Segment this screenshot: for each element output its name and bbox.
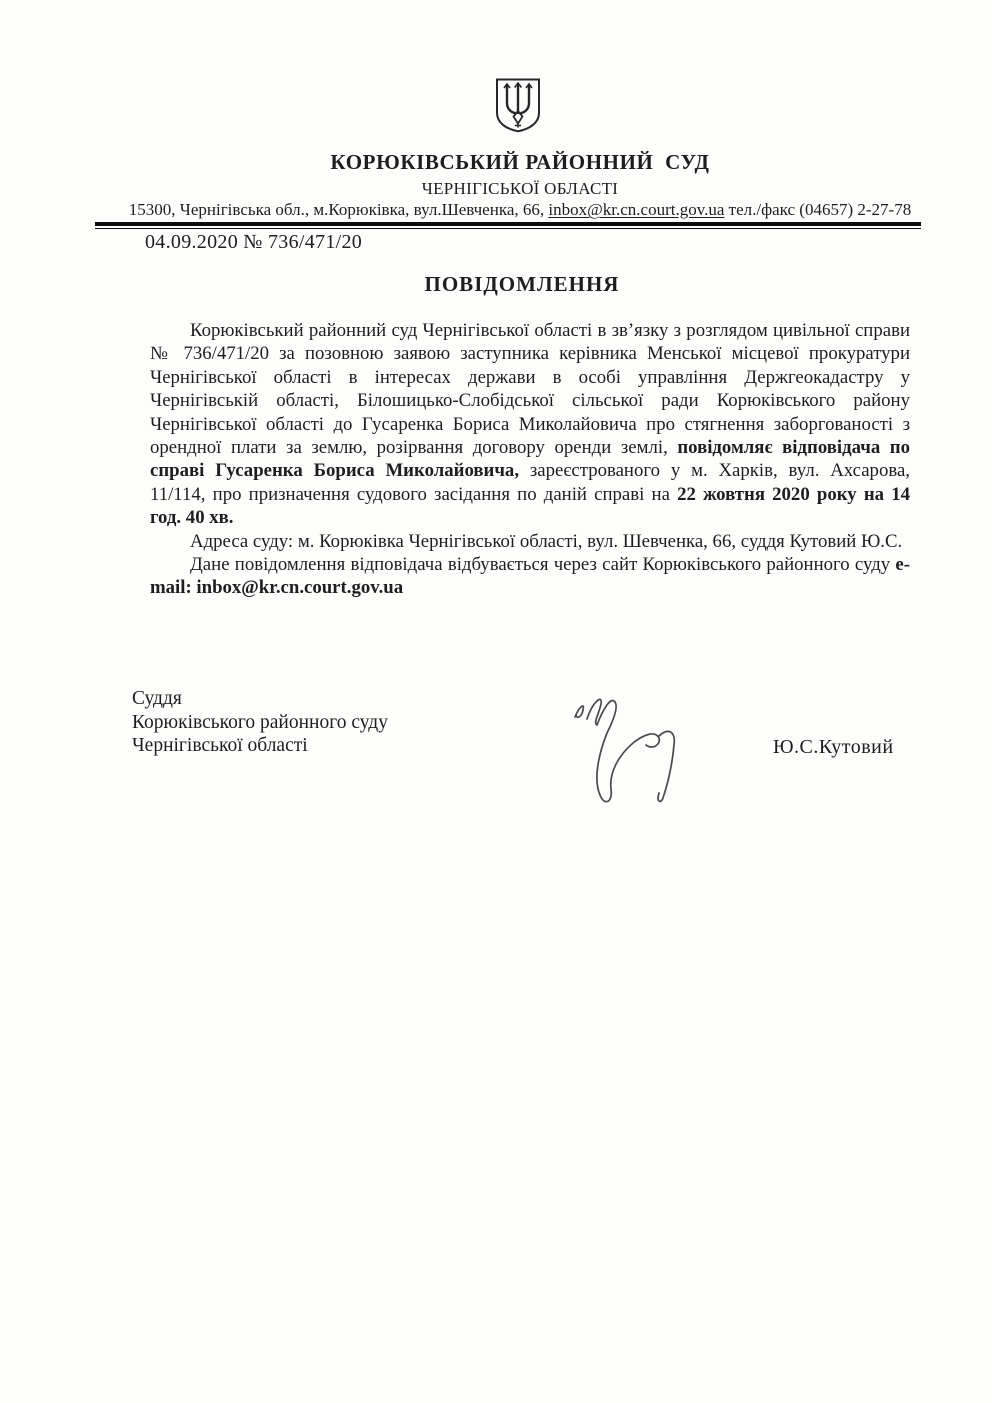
judge-name: Ю.С.Кутовий [773,736,894,759]
paragraph-court-address: Адреса суду: м. Корюківка Чернігівської … [150,530,910,553]
letterhead-divider [95,222,921,229]
court-region: ЧЕРНІГІСЬКОЇ ОБЛАСТІ [0,179,992,199]
paragraph-case-details: Корюківський районний суд Чернігівської … [150,319,910,530]
notice-site-text: Дане повідомлення відповідача відбуваєть… [190,554,895,575]
signature-block: Суддя Корюківського районного суду Черні… [132,687,388,758]
court-name: КОРЮКІВСЬКИЙ РАЙОННИЙ СУД [0,150,992,175]
ukraine-trident-emblem-icon [494,78,542,133]
handwritten-signature-icon [555,685,705,820]
date-and-case-number: 04.09.2020 № 736/471/20 [145,231,362,254]
court-email: inbox@kr.cn.court.gov.ua [548,200,724,219]
address-text: 15300, Чернігівська обл., м.Корюківка, в… [129,200,549,219]
paragraph-notice-via-site: Дане повідомлення відповідача відбуваєть… [150,553,910,600]
notice-body: Корюківський районний суд Чернігівської … [150,319,910,600]
address-phone: тел./факс (04657) 2-27-78 [724,200,911,219]
signer-role-line2: Корюківського районного суду [132,711,388,735]
scanned-court-notice: КОРЮКІВСЬКИЙ РАЙОННИЙ СУД ЧЕРНІГІСЬКОЇ О… [0,0,992,1403]
court-address-line: 15300, Чернігівська обл., м.Корюківка, в… [0,200,992,220]
document-title: ПОВІДОМЛЕННЯ [0,272,992,297]
signer-role-line3: Чернігівської області [132,734,388,758]
signer-role-line1: Суддя [132,687,388,711]
